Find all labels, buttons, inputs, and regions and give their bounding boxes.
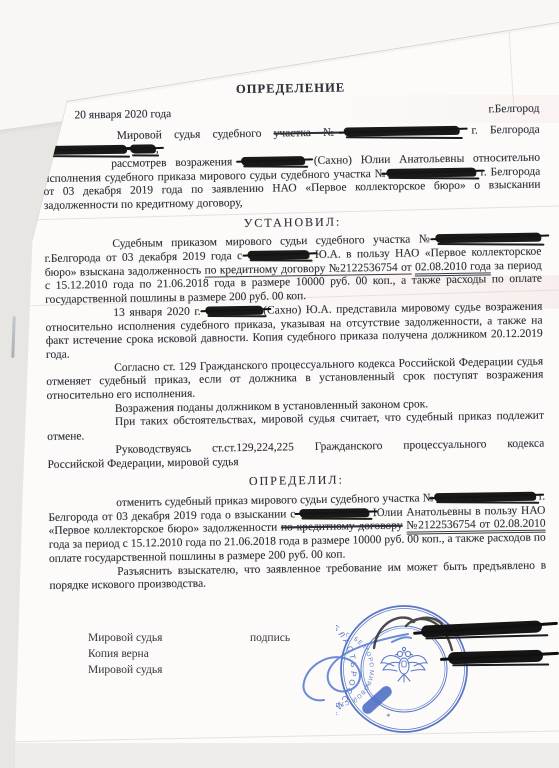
redaction-mark (130, 144, 156, 153)
redaction-mark (343, 126, 459, 137)
document-body: ОПРЕДЕЛЕНИЕ 20 января 2020 года г.Белгор… (42, 79, 546, 594)
signature-label: подпись (250, 632, 290, 644)
judge-label-1: Мировой судья (88, 632, 162, 644)
copy-correct-label: Копия верна (88, 648, 149, 660)
redaction-mark (386, 167, 476, 177)
staple (11, 316, 15, 358)
redaction-mark (448, 650, 543, 664)
redaction-mark (43, 145, 127, 155)
scan-tint (0, 743, 559, 768)
redaction-mark (299, 508, 369, 518)
paragraph-objections: 13 января 2020 г. (Сахно) Ю.А. представи… (45, 300, 543, 362)
date-row: 20 января 2020 года г.Белгород (42, 102, 539, 123)
paragraph-order-facts: Судебным приказом мирового судьи судебно… (44, 232, 542, 308)
seal-star: * (386, 712, 391, 722)
paragraph-ruling: отменить судебный приказ мирового судьи … (48, 491, 546, 567)
document-date: 20 января 2020 года (74, 108, 171, 123)
redaction-mark (435, 233, 541, 244)
scanned-court-document: { "document": { "title": "ОПРЕДЕЛЕНИЕ", … (0, 0, 559, 768)
redaction-mark (434, 492, 536, 503)
redaction-mark (205, 306, 263, 316)
section-header-ustanovil: УСТАНОВИЛ: (44, 212, 541, 233)
redaction-mark (247, 250, 309, 260)
paragraph-case-intro: рассмотрев возражения (Сахно) Юлии Анато… (43, 151, 541, 213)
redaction-mark (241, 156, 305, 166)
judge-label-2: Мировой судья (88, 664, 162, 676)
document-city: г.Белгород (488, 102, 539, 116)
section-header-opredelil: ОПРЕДЕЛИЛ: (48, 471, 545, 492)
paper: ОПРЕДЕЛЕНИЕ 20 января 2020 года г.Белгор… (0, 0, 559, 768)
